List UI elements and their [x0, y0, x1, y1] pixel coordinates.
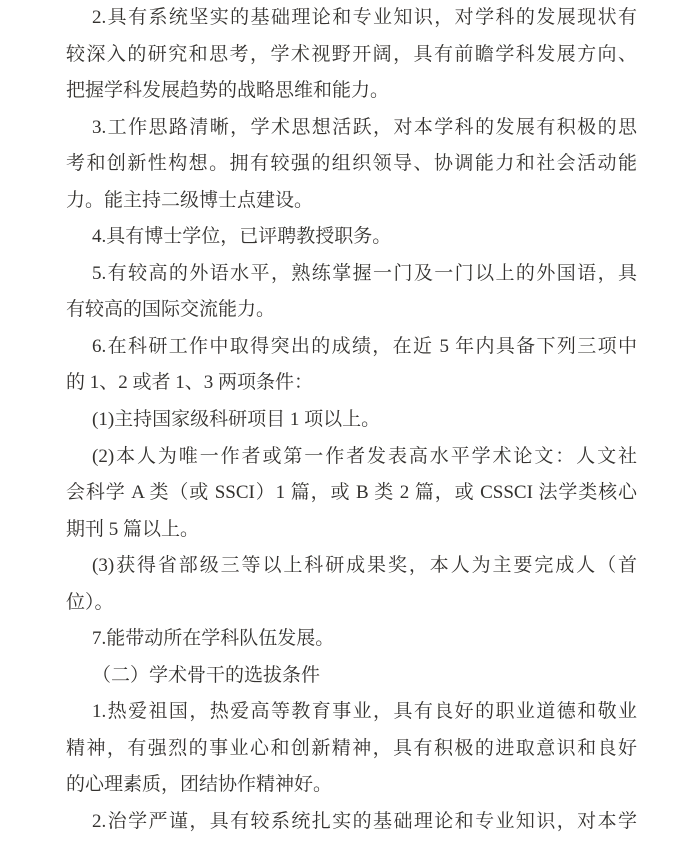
text-line: (2)本人为唯一作者或第一作者发表高水平学术论文：人文社	[66, 439, 637, 476]
text-line: 5.有较高的外语水平，熟练掌握一门及一门以上的外国语，具	[66, 256, 637, 293]
text-line: 3.工作思路清晰，学术思想活跃，对本学科的发展有积极的思	[66, 110, 637, 147]
text-line: 考和创新性构想。拥有较强的组织领导、协调能力和社会活动能	[66, 146, 637, 183]
text-line: (1)主持国家级科研项目 1 项以上。	[66, 402, 637, 439]
text-line: 2.治学严谨，具有较系统扎实的基础理论和专业知识，对本学	[66, 804, 637, 841]
text-line: 有较高的国际交流能力。	[66, 292, 637, 329]
text-line: (3)获得省部级三等以上科研成果奖，本人为主要完成人（首	[66, 548, 637, 585]
text-line: 4.具有博士学位，已评聘教授职务。	[66, 219, 637, 256]
text-line: 的心理素质，团结协作精神好。	[66, 767, 637, 804]
text-line: 1.热爱祖国，热爱高等教育事业，具有良好的职业道德和敬业	[66, 694, 637, 731]
text-line: 精神，有强烈的事业心和创新精神，具有积极的进取意识和良好	[66, 731, 637, 768]
text-line: 6.在科研工作中取得突出的成绩，在近 5 年内具备下列三项中	[66, 329, 637, 366]
text-line: 较深入的研究和思考，学术视野开阔，具有前瞻学科发展方向、	[66, 37, 637, 74]
text-line: 把握学科发展趋势的战略思维和能力。	[66, 73, 637, 110]
text-line: 力。能主持二级博士点建设。	[66, 183, 637, 220]
text-line: 的 1、2 或者 1、3 两项条件：	[66, 365, 637, 402]
section-heading: （二）学术骨干的选拔条件	[66, 658, 637, 695]
document-text-block: 2.具有系统坚实的基础理论和专业知识，对学科的发展现状有 较深入的研究和思考，学…	[66, 0, 637, 841]
text-line: 2.具有系统坚实的基础理论和专业知识，对学科的发展现状有	[66, 0, 637, 37]
text-line: 7.能带动所在学科队伍发展。	[66, 621, 637, 658]
text-line: 期刊 5 篇以上。	[66, 512, 637, 549]
text-line: 会科学 A 类（或 SSCI）1 篇，或 B 类 2 篇，或 CSSCI 法学类…	[66, 475, 637, 512]
document-page: 2.具有系统坚实的基础理论和专业知识，对学科的发展现状有 较深入的研究和思考，学…	[0, 0, 700, 841]
text-line: 位）。	[66, 585, 637, 622]
